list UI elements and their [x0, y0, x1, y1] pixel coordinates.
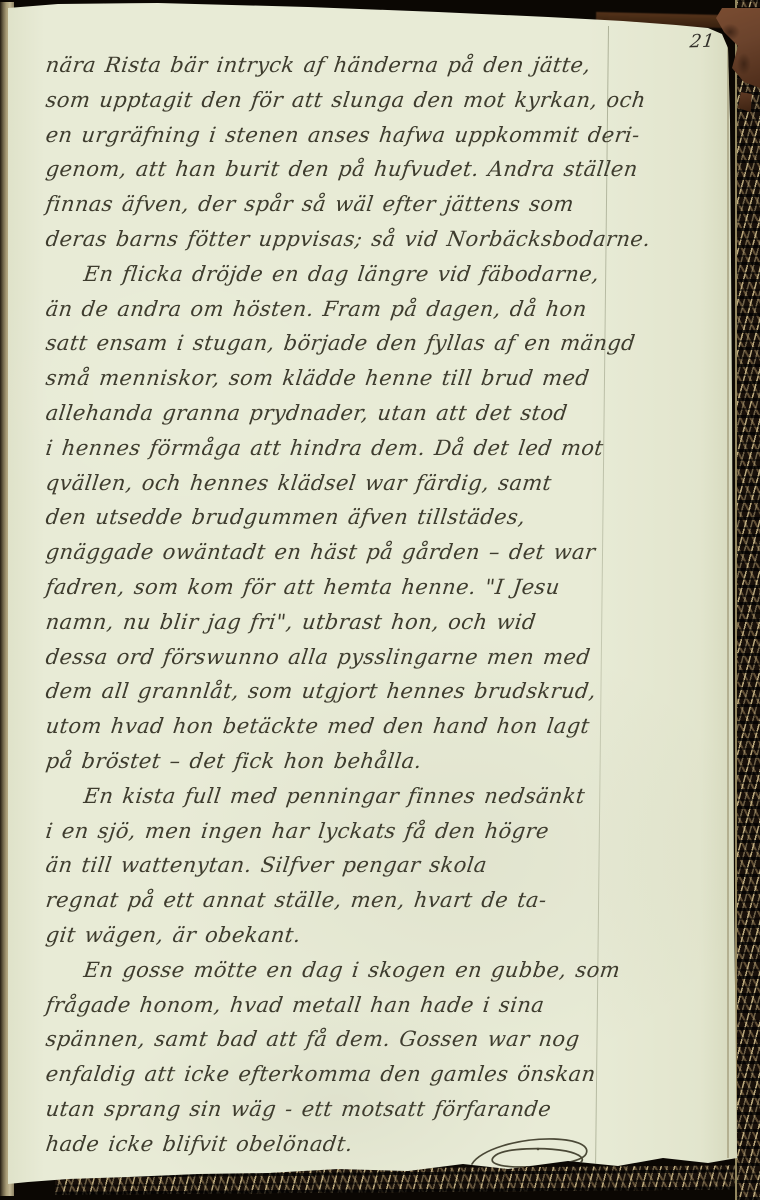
text-line: En gosse mötte en dag i skogen en gubbe,… [44, 955, 622, 985]
manuscript-text: nära Rista bär intryck af händerna på de… [44, 50, 644, 1170]
text-line: små menniskor, som klädde henne till bru… [44, 363, 591, 393]
text-line: git wägen, är obekant. [44, 920, 303, 950]
text-line: i en sjö, men ingen har lyckats få den h… [44, 816, 551, 846]
page-number: 21 [689, 31, 717, 53]
manuscript-page: 21 nära Rista bär intryck af händerna på… [8, 0, 737, 1186]
text-line: som upptagit den för att slunga den mot … [44, 85, 648, 115]
text-line: En kista full med penningar finnes nedsä… [44, 781, 587, 811]
text-line: en urgräfning i stenen anses hafwa uppko… [44, 120, 642, 150]
text-line: gnäggade owäntadt en häst på gården – de… [44, 537, 597, 567]
text-line: deras barns fötter uppvisas; så vid Norb… [44, 224, 652, 254]
text-line: genom, att han burit den på hufvudet. An… [44, 154, 640, 184]
text-line: utom hvad hon betäckte med den hand hon … [44, 711, 591, 741]
text-line: satt ensam i stugan, började den fyllas … [44, 328, 637, 358]
cover-marbled-edge [735, 0, 760, 1200]
text-line: qvällen, och hennes klädsel war färdig, … [44, 468, 553, 498]
book-photo: 21 nära Rista bär intryck af händerna på… [0, 0, 760, 1200]
text-line: i hennes förmåga att hindra dem. Då det … [44, 433, 605, 463]
text-line: finnas äfven, der spår så wäl efter jätt… [44, 189, 576, 219]
text-line: En flicka dröjde en dag längre vid fäbod… [44, 259, 601, 289]
text-line: än de andra om hösten. Fram på dagen, då… [44, 294, 589, 324]
text-line: på bröstet – det fick hon behålla. [44, 746, 424, 776]
text-line: dessa ord förswunno alla pysslingarne me… [44, 642, 592, 672]
text-line: frågade honom, hvad metall han hade i si… [44, 990, 546, 1020]
text-line: regnat på ett annat ställe, men, hvart d… [44, 885, 548, 915]
text-line: hade icke blifvit obelönadt. [44, 1129, 355, 1159]
text-line: nära Rista bär intryck af händerna på de… [44, 50, 592, 80]
text-line: än till wattenytan. Silfver pengar skola [44, 850, 489, 880]
under-page-edge-line [727, 34, 729, 1158]
text-line: dem all grannlåt, som utgjort hennes bru… [44, 676, 598, 706]
text-line: allehanda granna prydnader, utan att det… [44, 398, 569, 428]
text-line: fadren, som kom för att hemta henne. "I … [44, 572, 562, 602]
text-line: namn, nu blir jag fri", utbrast hon, och… [44, 607, 538, 637]
text-line: enfaldig att icke efterkomma den gamles … [44, 1059, 597, 1089]
text-line: den utsedde brudgummen äfven tillstädes, [44, 502, 527, 532]
text-line: spännen, samt bad att få dem. Gossen war… [44, 1024, 581, 1054]
text-line: utan sprang sin wäg - ett motsatt förfar… [44, 1094, 553, 1124]
